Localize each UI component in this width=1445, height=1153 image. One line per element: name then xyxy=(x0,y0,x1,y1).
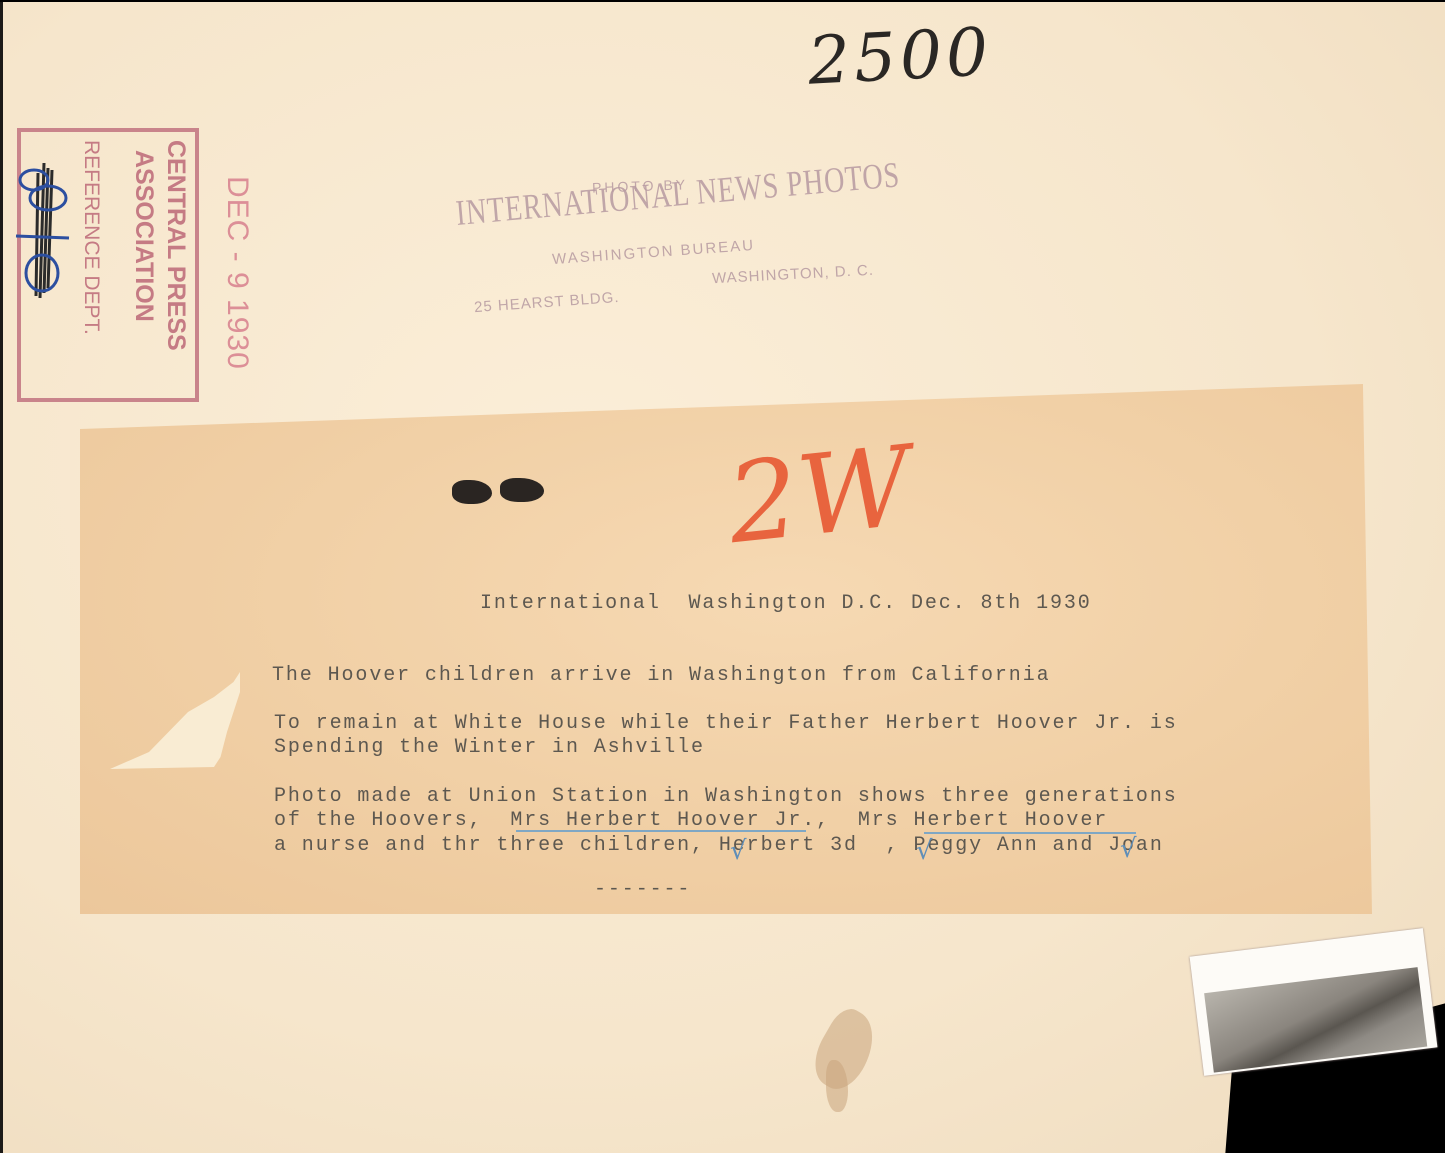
check-mark-icon: √ xyxy=(916,836,933,866)
received-date-stamp: DEC - 9 1930 xyxy=(220,176,254,370)
central-press-stamp-line1: CENTRAL PRESS xyxy=(161,140,190,351)
check-mark-icon: √ xyxy=(1120,834,1137,864)
photo-fragment-image xyxy=(1204,967,1427,1073)
caption-headline: The Hoover children arrive in Washington… xyxy=(272,664,1051,687)
pencil-number: 2500 xyxy=(806,13,994,100)
caption-end-mark: ------- xyxy=(594,878,691,901)
caption-subhead-line2: Spending the Winter in Ashville xyxy=(274,736,705,759)
pen-scribble-icon xyxy=(14,158,74,308)
red-crayon-mark: 2W xyxy=(723,431,917,560)
check-mark-icon: √ xyxy=(730,836,747,866)
caption-body-line1: Photo made at Union Station in Washingto… xyxy=(274,785,1178,808)
caption-subhead-line1: To remain at White House while their Fat… xyxy=(274,712,1178,735)
caption-dateline: International Washington D.C. Dec. 8th 1… xyxy=(480,592,1092,615)
ink-blot-right xyxy=(500,478,544,502)
central-press-stamp-line3: REFERENCE DEPT. xyxy=(79,140,103,335)
scan-edge xyxy=(0,2,3,1153)
caption-body-line3: a nurse and thr three children, Herbert … xyxy=(274,834,1164,857)
blue-underline-mrs-hoover-jr xyxy=(516,830,806,832)
ink-blot-left xyxy=(452,480,492,504)
blue-underline-mrs-hoover xyxy=(924,832,1136,834)
central-press-stamp-line2: ASSOCIATION xyxy=(129,150,158,322)
caption-body-line2: of the Hoovers, Mrs Herbert Hoover Jr., … xyxy=(274,809,1108,832)
